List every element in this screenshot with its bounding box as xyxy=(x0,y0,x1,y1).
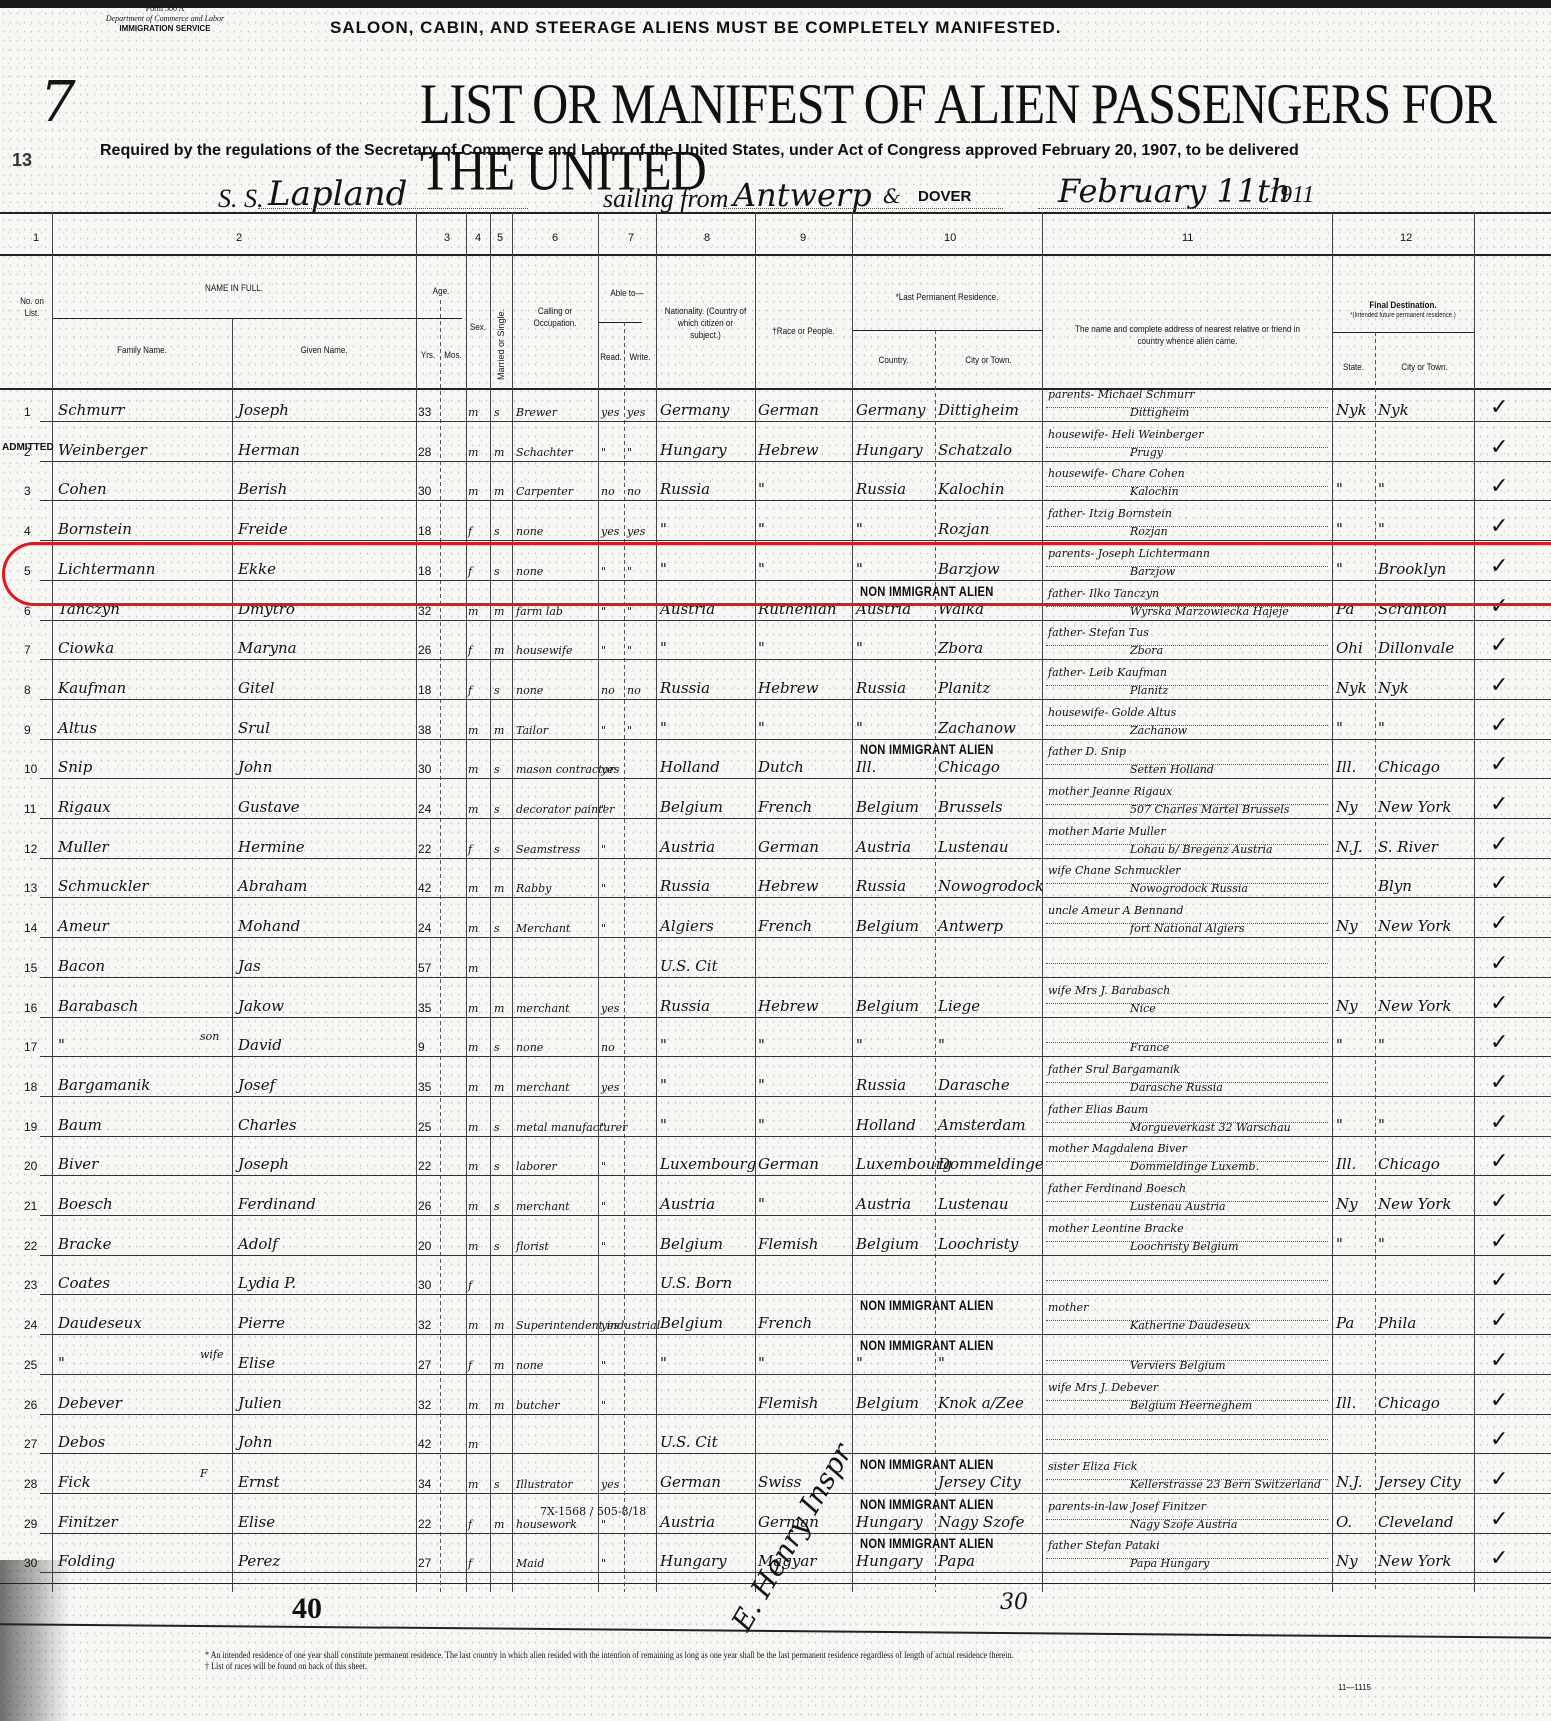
sex: m xyxy=(468,1081,478,1094)
nationality: Belgium xyxy=(660,1314,723,1332)
nationality: " xyxy=(660,1076,667,1094)
row-number: 17 xyxy=(24,1040,37,1054)
footnote-races: † List of races will be found on back of… xyxy=(205,1661,1014,1672)
race: " xyxy=(758,1116,765,1134)
nationality: U.S. Born xyxy=(660,1274,732,1292)
row-rule xyxy=(40,1493,1551,1494)
nationality: Algiers xyxy=(660,917,714,935)
given-name: David xyxy=(238,1036,282,1054)
can-read: yes xyxy=(601,406,619,419)
sex: m xyxy=(468,1319,478,1332)
marital-status: m xyxy=(494,605,504,618)
sex: m xyxy=(468,922,478,935)
relative-name: sister Eliza Fick xyxy=(1048,1460,1137,1473)
marital-status: m xyxy=(494,882,504,895)
residence-country: Germany xyxy=(856,401,925,419)
marital-status: m xyxy=(494,1399,504,1412)
relative-name: father Ferdinand Boesch xyxy=(1048,1182,1186,1195)
sex: m xyxy=(468,605,478,618)
race: Flemish xyxy=(758,1394,818,1412)
race: Flemish xyxy=(758,1235,818,1253)
residence-city: Knok a/Zee xyxy=(938,1394,1024,1412)
destination-city: " xyxy=(1378,719,1385,737)
relative-dotline xyxy=(1046,526,1328,527)
sex: m xyxy=(468,763,478,776)
race: German xyxy=(758,1155,819,1173)
sex: m xyxy=(468,882,478,895)
occupation: metal manufacturer xyxy=(516,1121,627,1134)
given-name: Freide xyxy=(238,520,288,538)
residence-city: Schatzalo xyxy=(938,441,1012,459)
residence-country: Belgium xyxy=(856,798,919,816)
destination-state: " xyxy=(1336,1116,1343,1134)
race: Dutch xyxy=(758,758,804,776)
sailing-label: sailing from xyxy=(603,184,728,214)
row-number: 12 xyxy=(24,842,37,856)
nationality: Hungary xyxy=(660,441,727,459)
relative-dotline xyxy=(1046,804,1328,805)
occupation: butcher xyxy=(516,1399,560,1412)
destination-city: S. River xyxy=(1378,838,1438,856)
residence-country: " xyxy=(856,520,863,538)
destination-city: Blyn xyxy=(1378,877,1412,895)
relative-dotline xyxy=(1046,844,1328,845)
family-name: Ameur xyxy=(58,917,109,935)
residence-city: " xyxy=(938,1354,945,1372)
row-annotation: son xyxy=(200,1030,219,1043)
destination-subrule xyxy=(1332,332,1474,333)
row-rule xyxy=(40,739,1551,740)
checkmark-icon: ✓ xyxy=(1490,1467,1508,1492)
destination-city: Chicago xyxy=(1378,758,1440,776)
can-read: " xyxy=(601,922,606,935)
race: French xyxy=(758,917,812,935)
sex: f xyxy=(468,1518,472,1531)
row-annotation: F xyxy=(200,1467,208,1480)
family-name: Baum xyxy=(58,1116,102,1134)
sex: m xyxy=(468,1002,478,1015)
relative-name: mother Magdalena Biver xyxy=(1048,1142,1187,1155)
table-row: 10SnipJohn30msmason contractoryesHolland… xyxy=(0,747,1551,779)
nationality: " xyxy=(660,1036,667,1054)
race: " xyxy=(758,520,765,538)
given-name: Mohand xyxy=(238,917,300,935)
checkmark-icon: ✓ xyxy=(1490,1149,1508,1174)
port-ampersand: & xyxy=(883,184,901,208)
occupation: Merchant xyxy=(516,922,570,935)
destination-state: " xyxy=(1336,719,1343,737)
non-immigrant-stamp: NON IMMIGRANT ALIEN xyxy=(860,1535,994,1551)
header-yrs: Yrs. xyxy=(418,350,438,362)
family-name: Rigaux xyxy=(58,798,111,816)
destination-state: Nyk xyxy=(1336,679,1367,697)
marital-status: s xyxy=(494,803,500,816)
table-top-rule xyxy=(0,212,1551,214)
row-rule xyxy=(40,540,1551,541)
residence-country: Belgium xyxy=(856,1394,919,1412)
given-name: Jas xyxy=(238,957,261,975)
given-name: Gitel xyxy=(238,679,274,697)
nationality: Germany xyxy=(660,401,729,419)
nationality: Austria xyxy=(660,1513,715,1531)
checkmark-icon: ✓ xyxy=(1490,1388,1508,1413)
checkmark-icon: ✓ xyxy=(1490,673,1508,698)
residence-country: Russia xyxy=(856,480,906,498)
age-years: 28 xyxy=(418,445,431,459)
row-number: 27 xyxy=(24,1437,37,1451)
relative-dotline xyxy=(1046,1241,1328,1242)
relative-dotline xyxy=(1046,883,1328,884)
relative-dotline xyxy=(1046,764,1328,765)
sex: m xyxy=(468,1200,478,1213)
nationality: Russia xyxy=(660,480,710,498)
occupation: florist xyxy=(516,1240,549,1253)
footnote-residence: * An intended residence of one year shal… xyxy=(205,1650,1014,1661)
nationality: Russia xyxy=(660,997,710,1015)
checkmark-icon: ✓ xyxy=(1490,713,1508,738)
occupation: merchant xyxy=(516,1081,570,1094)
sex: m xyxy=(468,724,478,737)
nationality: Austria xyxy=(660,1195,715,1213)
residence-city: Liege xyxy=(938,997,980,1015)
family-name: Daudeseux xyxy=(58,1314,142,1332)
marital-status: s xyxy=(494,843,500,856)
sex: f xyxy=(468,1557,472,1570)
nationality: " xyxy=(660,1354,667,1372)
sailing-year: 1911 xyxy=(1268,182,1314,209)
margin-mark: 7 xyxy=(40,70,76,135)
race: " xyxy=(758,480,765,498)
residence-city: Lustenau xyxy=(938,838,1009,856)
destination-state: Nyk xyxy=(1336,401,1367,419)
can-write: " xyxy=(627,644,632,657)
occupation: none xyxy=(516,1041,543,1054)
marital-status: s xyxy=(494,406,500,419)
checkmark-icon: ✓ xyxy=(1490,435,1508,460)
header-read: Read. xyxy=(600,352,622,364)
given-name: Perez xyxy=(238,1552,280,1570)
col-number: 2 xyxy=(236,232,242,244)
can-read: " xyxy=(601,882,606,895)
family-name: Bornstein xyxy=(58,520,132,538)
destination-state: Ohi xyxy=(1336,639,1363,657)
checkmark-icon: ✓ xyxy=(1490,1229,1508,1254)
row-number: 13 xyxy=(24,881,37,895)
checkmark-icon: ✓ xyxy=(1490,1348,1508,1373)
can-read: " xyxy=(601,1518,606,1531)
header-name-in-full: NAME IN FULL. xyxy=(79,283,388,295)
form-number: Form 500 A xyxy=(85,4,245,14)
residence-city: Zachanow xyxy=(938,719,1016,737)
row-rule xyxy=(40,897,1551,898)
footnotes: * An intended residence of one year shal… xyxy=(205,1650,1014,1672)
occupation: farm lab xyxy=(516,605,563,618)
age-years: 24 xyxy=(418,802,431,816)
race: " xyxy=(758,719,765,737)
can-write: " xyxy=(627,724,632,737)
destination-state: " xyxy=(1336,520,1343,538)
row-rule xyxy=(40,1572,1551,1573)
non-immigrant-stamp: NON IMMIGRANT ALIEN xyxy=(860,1297,994,1313)
given-name: John xyxy=(238,758,272,776)
relative-dotline xyxy=(1046,1479,1328,1480)
sex: m xyxy=(468,1478,478,1491)
relative-name: father- Stefan Tus xyxy=(1048,626,1149,639)
row-number: 7 xyxy=(24,643,31,657)
table-row: 13SchmucklerAbraham42mmRabby"RussiaHebre… xyxy=(0,866,1551,898)
relative-name: mother Leontine Bracke xyxy=(1048,1222,1184,1235)
family-name: Finitzer xyxy=(58,1513,118,1531)
residence-country: Ill. xyxy=(856,758,876,776)
given-name: Lydia P. xyxy=(238,1274,296,1292)
row-rule xyxy=(40,937,1551,938)
age-years: 30 xyxy=(418,484,431,498)
can-read: no xyxy=(601,485,615,498)
checkmark-icon: ✓ xyxy=(1490,474,1508,499)
race: " xyxy=(758,1076,765,1094)
residence-country: Hungary xyxy=(856,1552,923,1570)
relative-name: housewife- Heli Weinberger xyxy=(1048,428,1203,441)
row-number: 16 xyxy=(24,1001,37,1015)
given-name: Joseph xyxy=(238,401,289,419)
marital-status: m xyxy=(494,1002,504,1015)
row-rule xyxy=(40,778,1551,779)
header-final-destination: Final Destination. xyxy=(1343,300,1464,312)
row-rule xyxy=(40,1255,1551,1256)
non-immigrant-stamp: NON IMMIGRANT ALIEN xyxy=(860,1337,994,1353)
row-number: 1 xyxy=(24,405,31,419)
given-name: Hermine xyxy=(238,838,305,856)
row-rule xyxy=(40,858,1551,859)
table-row: 7CiowkaMaryna26fmhousewife"""""ZboraOhiD… xyxy=(0,628,1551,660)
race: Swiss xyxy=(758,1473,801,1491)
admitted-note: ADMITTED xyxy=(2,442,54,453)
given-name: Herman xyxy=(238,441,300,459)
relative-name: wife Chane Schmuckler xyxy=(1048,864,1181,877)
col-number: 6 xyxy=(552,232,558,244)
col-number: 10 xyxy=(944,232,956,244)
marital-status: m xyxy=(494,446,504,459)
occupation: Illustrator xyxy=(516,1478,573,1491)
form-meta: Form 500 A Department of Commerce and La… xyxy=(85,4,245,34)
relative-name: mother xyxy=(1048,1301,1088,1314)
can-read: yes xyxy=(601,763,619,776)
relative-name: mother Jeanne Rigaux xyxy=(1048,785,1172,798)
sex: m xyxy=(468,1399,478,1412)
destination-state: Ny xyxy=(1336,1195,1358,1213)
table-row: 17"David9msnoneno""""""France✓son xyxy=(0,1025,1551,1057)
table-row: 18BargamanikJosef35mmmerchantyes""Russia… xyxy=(0,1065,1551,1097)
destination-city: New York xyxy=(1378,917,1452,935)
nationality: Belgium xyxy=(660,1235,723,1253)
destination-state: N.J. xyxy=(1336,838,1363,856)
nationality: Austria xyxy=(660,838,715,856)
age-years: 33 xyxy=(418,405,431,419)
relative-dotline xyxy=(1046,1280,1328,1281)
relative-dotline xyxy=(1046,1400,1328,1401)
checkmark-icon: ✓ xyxy=(1490,1268,1508,1293)
sex: m xyxy=(468,485,478,498)
can-read: " xyxy=(601,446,606,459)
relative-name: father Stefan Pataki xyxy=(1048,1539,1160,1552)
can-write: " xyxy=(627,605,632,618)
sex: m xyxy=(468,1160,478,1173)
header-country: Country. xyxy=(858,355,929,367)
destination-state: N.J. xyxy=(1336,1473,1363,1491)
occupation: laborer xyxy=(516,1160,557,1173)
family-name: Cohen xyxy=(58,480,107,498)
file-number-note: 7X-1568 / 505-8/18 xyxy=(540,1505,646,1518)
col-number: 5 xyxy=(497,232,503,244)
table-row: 22BrackeAdolf20msflorist"BelgiumFlemishB… xyxy=(0,1224,1551,1256)
checkmark-icon: ✓ xyxy=(1490,1308,1508,1333)
occupation: decorator painter xyxy=(516,803,614,816)
checkmark-icon: ✓ xyxy=(1490,832,1508,857)
header-able-to: Able to— xyxy=(602,288,651,300)
given-name: Elise xyxy=(238,1354,275,1372)
can-read: " xyxy=(601,1240,606,1253)
table-row: 9AltusSrul38mmTailor"""""Zachanow""house… xyxy=(0,708,1551,740)
row-highlight xyxy=(2,542,1551,606)
marital-status: s xyxy=(494,1200,500,1213)
race: " xyxy=(758,1195,765,1213)
residence-city: Kalochin xyxy=(938,480,1005,498)
name-subrule xyxy=(52,318,462,319)
occupation: Seamstress xyxy=(516,843,580,856)
table-row: 8KaufmanGitel18fsnonenonoRussiaHebrewRus… xyxy=(0,668,1551,700)
occupation: none xyxy=(516,1359,543,1372)
given-name: Charles xyxy=(238,1116,297,1134)
family-name: Bacon xyxy=(58,957,105,975)
can-read: " xyxy=(601,1399,606,1412)
destination-city: Dillonvale xyxy=(1378,639,1454,657)
family-name: Barabasch xyxy=(58,997,138,1015)
relative-dotline xyxy=(1046,1360,1328,1361)
sex: f xyxy=(468,684,472,697)
age-years: 9 xyxy=(418,1040,425,1054)
marital-status: m xyxy=(494,644,504,657)
destination-state: " xyxy=(1336,1235,1343,1253)
age-years: 57 xyxy=(418,961,431,975)
marital-status: m xyxy=(494,1518,504,1531)
age-years: 26 xyxy=(418,1199,431,1213)
residence-country: Austria xyxy=(856,838,911,856)
occupation: merchant xyxy=(516,1002,570,1015)
non-immigrant-stamp: NON IMMIGRANT ALIEN xyxy=(860,741,994,757)
residence-city: Loochristy xyxy=(938,1235,1018,1253)
header-mos: Mos. xyxy=(442,350,464,362)
residence-country: Hungary xyxy=(856,1513,923,1531)
row-number: 22 xyxy=(24,1239,37,1253)
destination-city: Phila xyxy=(1378,1314,1416,1332)
residence-country: " xyxy=(856,639,863,657)
nationality: Luxembourg xyxy=(660,1155,756,1173)
table-row: 3CohenBerish30mmCarpenternonoRussia"Russ… xyxy=(0,469,1551,501)
marital-status: s xyxy=(494,1160,500,1173)
footer-rule xyxy=(0,1623,1551,1639)
nationality: Russia xyxy=(660,877,710,895)
relative-dotline xyxy=(1046,407,1328,408)
table-row: 12MullerHermine22fsSeamstress"AustriaGer… xyxy=(0,827,1551,859)
can-write: no xyxy=(627,684,641,697)
able-subrule xyxy=(598,322,642,323)
race: Hebrew xyxy=(758,679,818,697)
table-row: 15BaconJas57mU.S. Cit✓ xyxy=(0,946,1551,978)
race: Hebrew xyxy=(758,441,818,459)
sex: m xyxy=(468,803,478,816)
residence-country: " xyxy=(856,1036,863,1054)
form-code: 11—1115 xyxy=(1338,1683,1371,1692)
row-number: 3 xyxy=(24,484,31,498)
table-row: 25"Elise27fmnone"""""Verviers Belgium✓NO… xyxy=(0,1343,1551,1375)
age-years: 18 xyxy=(418,683,431,697)
occupation: Carpenter xyxy=(516,485,573,498)
row-number: 30 xyxy=(24,1556,37,1570)
date-line xyxy=(1038,208,1268,209)
row-rule xyxy=(40,421,1551,422)
header-last-residence: *Last Permanent Residence. xyxy=(866,292,1028,304)
given-name: Julien xyxy=(238,1394,282,1412)
residence-city: Dittigheim xyxy=(938,401,1019,419)
count-note: 30 xyxy=(1000,1590,1028,1615)
relative-dotline xyxy=(1046,486,1328,487)
checkmark-icon: ✓ xyxy=(1490,1546,1508,1571)
regulation-text: Required by the regulations of the Secre… xyxy=(100,142,1299,160)
can-read: yes xyxy=(601,1478,619,1491)
given-name: Pierre xyxy=(238,1314,285,1332)
row-rule xyxy=(40,1215,1551,1216)
nationality: Holland xyxy=(660,758,720,776)
family-name: Weinberger xyxy=(58,441,147,459)
service: IMMIGRATION SERVICE xyxy=(85,24,245,34)
race: German xyxy=(758,838,819,856)
header-relative: The name and complete address of nearest… xyxy=(1071,324,1305,348)
destination-city: " xyxy=(1378,1235,1385,1253)
family-name: Ciowka xyxy=(58,639,114,657)
row-rule xyxy=(40,1175,1551,1176)
relative-dotline xyxy=(1046,725,1328,726)
family-name: Snip xyxy=(58,758,92,776)
residence-country: Holland xyxy=(856,1116,916,1134)
relative-dotline xyxy=(1046,447,1328,448)
sex: m xyxy=(468,1121,478,1134)
scan-left-edge xyxy=(0,1560,70,1721)
table-row: 27DebosJohn42mU.S. Cit✓ xyxy=(0,1422,1551,1454)
nationality: German xyxy=(660,1473,721,1491)
residence-city: Nowogrodock xyxy=(938,877,1044,895)
age-years: 30 xyxy=(418,762,431,776)
race: Hebrew xyxy=(758,997,818,1015)
nationality: Hungary xyxy=(660,1552,727,1570)
relative-dotline xyxy=(1046,1122,1328,1123)
destination-state: " xyxy=(1336,1036,1343,1054)
relative-name: housewife- Golde Altus xyxy=(1048,706,1176,719)
can-read: yes xyxy=(601,525,619,538)
residence-country: Russia xyxy=(856,877,906,895)
family-name: Boesch xyxy=(58,1195,113,1213)
age-years: 22 xyxy=(418,1517,431,1531)
occupation: Rabby xyxy=(516,882,551,895)
family-name: Muller xyxy=(58,838,109,856)
header-calling: Calling or Occupation. xyxy=(518,306,591,330)
table-row: 29FinitzerElise22fmhousework"AustriaGerm… xyxy=(0,1502,1551,1534)
residence-city: Papa xyxy=(938,1552,975,1570)
col-number: 3 xyxy=(444,232,450,244)
header-no-on-list: No. on List. xyxy=(17,296,48,320)
row-number: 18 xyxy=(24,1080,37,1094)
given-name: Josef xyxy=(238,1076,275,1094)
can-read: " xyxy=(601,1200,606,1213)
